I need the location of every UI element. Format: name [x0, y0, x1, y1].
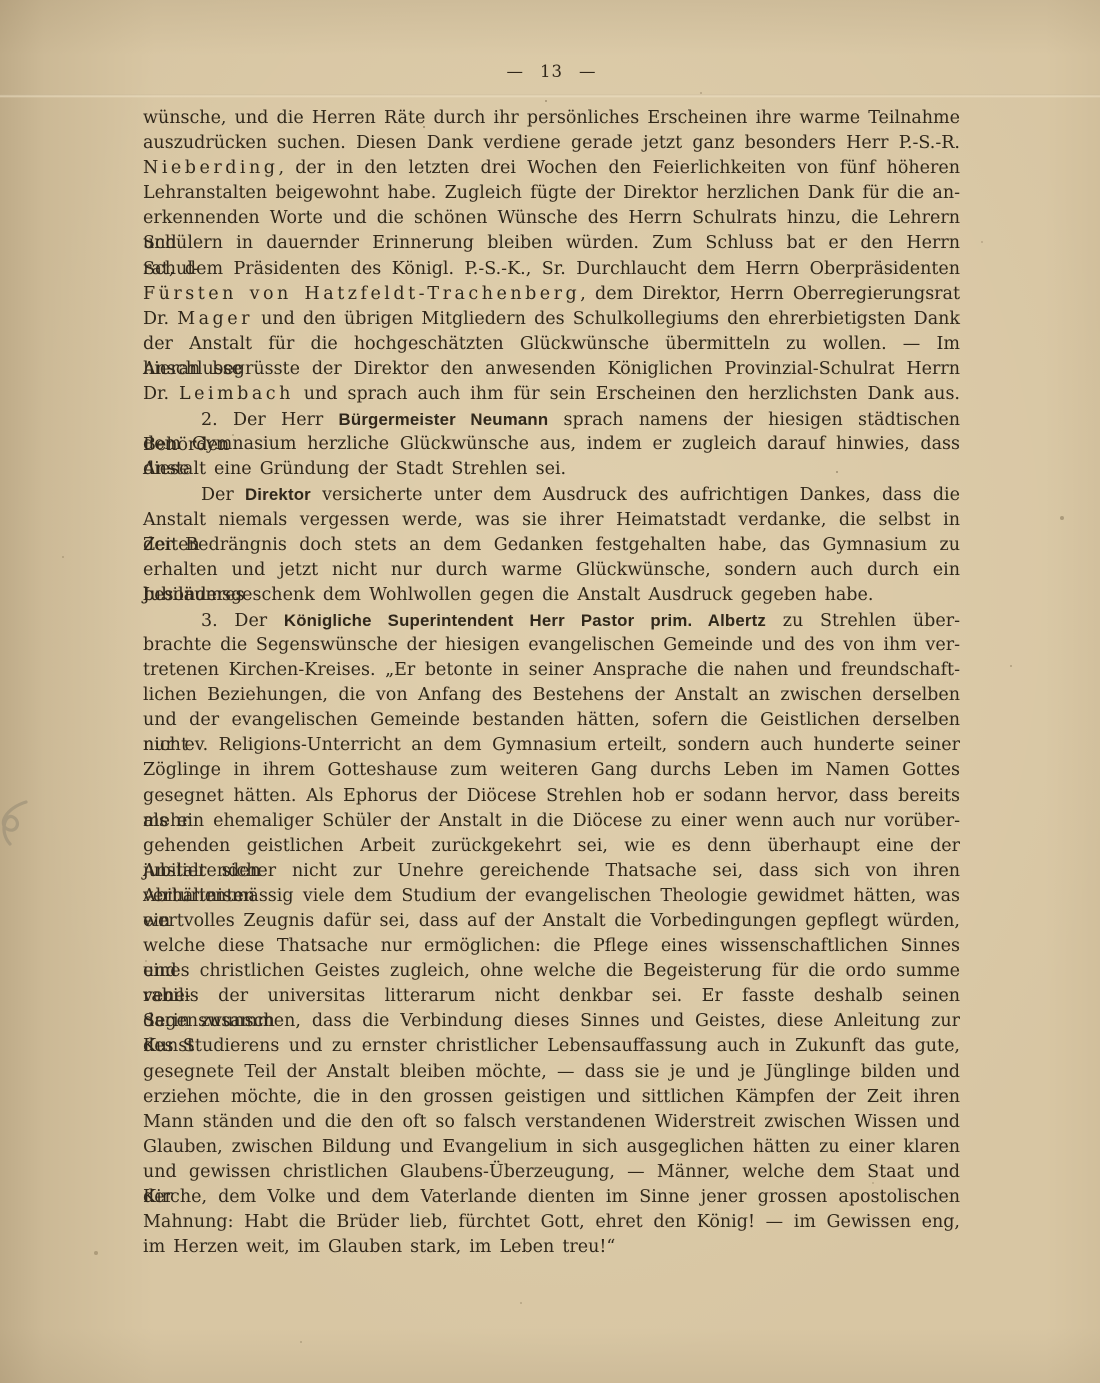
body-text-segment: Mahnung: Habt die Brüder lieb, fürchtet … — [143, 1212, 960, 1232]
bold-name-text: Direktor — [245, 485, 311, 504]
text-line: der Anstalt für die hochgeschätzten Glüc… — [143, 332, 960, 357]
body-text-segment: Mann ständen und die den oft so falsch v… — [143, 1112, 960, 1132]
body-text: wünsche, und die Herren Räte durch ihr p… — [143, 106, 960, 1260]
body-text-segment: zu Strehlen über- — [766, 611, 960, 631]
body-text-segment: Anstalt eine Gründung der Stadt Strehlen… — [143, 459, 566, 479]
text-line: auszudrücken suchen. Diesen Dank verdien… — [143, 131, 960, 156]
body-text-segment: gesegnete Teil der Anstalt bleiben möcht… — [143, 1062, 960, 1082]
text-line: der Bedrängnis doch stets an dem Gedanke… — [143, 533, 960, 558]
text-line: als ein ehemaliger Schüler der Anstalt i… — [143, 809, 960, 834]
body-text-segment: Zöglinge in ihrem Gotteshause zum weiter… — [143, 760, 960, 780]
page-number-dash-right: — — [579, 62, 597, 81]
body-text-segment: 2. Der Herr — [201, 410, 339, 430]
text-line: verhältnismässig viele dem Studium der e… — [143, 884, 960, 909]
body-text-segment: wünsche, und die Herren Räte durch ihr p… — [143, 108, 960, 128]
body-text-segment: der Bedrängnis doch stets an dem Gedanke… — [143, 535, 960, 555]
text-line: nur ev. Religions-Unterricht an dem Gymn… — [143, 733, 960, 758]
bold-name-text: Bürgermeister Neumann — [339, 410, 549, 429]
body-text-segment: , dem Direktor, Herrn Oberregierungsrat — [580, 284, 960, 304]
body-text-segment: nur ev. Religions-Unterricht an dem Gymn… — [143, 735, 960, 755]
letterspaced-name-text: Nieberding — [143, 158, 278, 178]
text-line: erziehen möchte, die in den grossen geis… — [143, 1085, 960, 1110]
body-text-segment: 3. Der — [201, 611, 284, 631]
text-line: Glauben, zwischen Bildung und Evangelium… — [143, 1135, 960, 1160]
text-line: Dr. Leimbach und sprach auch ihm für sei… — [143, 382, 960, 407]
text-line: erkennenden Worte und die schönen Wünsch… — [143, 206, 960, 231]
body-text-segment: des Studierens und zu ernster christlich… — [143, 1036, 960, 1056]
text-line: 2. Der Herr Bürgermeister Neumann sprach… — [143, 407, 960, 432]
body-text-segment: Jubiläumsgeschenk dem Wohlwollen gegen d… — [143, 585, 873, 605]
text-line: gehenden geistlichen Arbeit zurückgekehr… — [143, 834, 960, 859]
body-text-segment: Lehranstalten beigewohnt habe. Zugleich … — [143, 183, 960, 203]
ink-smudge-icon — [0, 796, 32, 856]
page-number: 13 — [540, 62, 563, 81]
body-text-segment: versicherte unter dem Ausdruck des aufri… — [311, 485, 960, 505]
text-line: im Herzen weit, im Glauben stark, im Leb… — [143, 1235, 960, 1260]
text-line: darin zusammen, dass die Verbindung dies… — [143, 1009, 960, 1034]
text-line: tretenen Kirchen-Kreises. „Er betonte in… — [143, 658, 960, 683]
bold-name-text: Königliche Superintendent Herr Pastor pr… — [284, 611, 766, 630]
text-line: lichen Beziehungen, die von Anfang des B… — [143, 683, 960, 708]
body-text-segment: auszudrücken suchen. Diesen Dank verdien… — [143, 133, 960, 153]
text-line: brachte die Segenswünsche der hiesigen e… — [143, 633, 960, 658]
text-line: gesegnete Teil der Anstalt bleiben möcht… — [143, 1060, 960, 1085]
text-line: Mann ständen und die den oft so falsch v… — [143, 1110, 960, 1135]
text-line: erhalten und jetzt nicht nur durch warme… — [143, 558, 960, 583]
body-text-segment: Dr. — [143, 309, 177, 329]
page-number-dash-left: — — [507, 62, 525, 81]
text-line: welche diese Thatsache nur ermöglichen: … — [143, 934, 960, 959]
text-line: wertvolles Zeugnis dafür sei, dass auf d… — [143, 909, 960, 934]
body-text-segment: als ein ehemaliger Schüler der Anstalt i… — [143, 811, 960, 831]
text-line: Zöglinge in ihrem Gotteshause zum weiter… — [143, 758, 960, 783]
body-text-segment: , der in den letzten drei Wochen den Fei… — [278, 158, 960, 178]
text-line: Anstalt niemals vergessen werde, was sie… — [143, 508, 960, 533]
body-text-segment: Dr. — [143, 384, 179, 404]
text-line: Der Direktor versicherte unter dem Ausdr… — [143, 482, 960, 507]
text-line: wünsche, und die Herren Räte durch ihr p… — [143, 106, 960, 131]
body-text-segment: Der — [201, 485, 245, 505]
text-line: Dr. Mager und den übrigen Mitgliedern de… — [143, 307, 960, 332]
body-text-segment: Kirche, dem Volke und dem Vaterlande die… — [143, 1187, 960, 1207]
text-line: Nieberding, der in den letzten drei Woch… — [143, 156, 960, 181]
text-line: dem Gymnasium herzliche Glückwünsche aus… — [143, 432, 960, 457]
text-line: Kirche, dem Volke und dem Vaterlande die… — [143, 1185, 960, 1210]
body-text-segment: und den übrigen Mitgliedern des Schulkol… — [253, 309, 960, 329]
paper-crease — [0, 94, 1100, 98]
body-text-segment: tretenen Kirchen-Kreises. „Er betonte in… — [143, 660, 960, 680]
text-line: Lehranstalten beigewohnt habe. Zugleich … — [143, 181, 960, 206]
body-text-segment: hieran begrüsste der Direktor den anwese… — [143, 359, 960, 379]
text-line: hieran begrüsste der Direktor den anwese… — [143, 357, 960, 382]
body-text-segment: brachte die Segenswünsche der hiesigen e… — [143, 635, 960, 655]
text-line: gesegnet hätten. Als Ephorus der Diöcese… — [143, 784, 960, 809]
text-line: Jubiläumsgeschenk dem Wohlwollen gegen d… — [143, 583, 960, 608]
letterspaced-name-text: Fürsten von Hatzfeldt-Trachenberg — [143, 284, 580, 304]
paper-specks — [0, 0, 2, 2]
text-line: Schülern in dauernder Erinnerung bleiben… — [143, 231, 960, 256]
text-line: 3. Der Königliche Superintendent Herr Pa… — [143, 608, 960, 633]
body-text-segment: und sprach auch ihm für sein Erscheinen … — [294, 384, 960, 404]
text-line: rat, dem Präsidenten des Königl. P.-S.-K… — [143, 257, 960, 282]
text-line: und der evangelischen Gemeinde bestanden… — [143, 708, 960, 733]
text-line: des Studierens und zu ernster christlich… — [143, 1034, 960, 1059]
text-line: rabilis der universitas litterarum nicht… — [143, 984, 960, 1009]
text-line: Anstalt sicher nicht zur Unehre gereiche… — [143, 859, 960, 884]
body-text-segment: erziehen möchte, die in den grossen geis… — [143, 1087, 960, 1107]
letterspaced-name-text: Mager — [177, 309, 253, 329]
body-text-segment: rat, dem Präsidenten des Königl. P.-S.-K… — [143, 259, 960, 279]
text-line: Fürsten von Hatzfeldt-Trachenberg, dem D… — [143, 282, 960, 307]
body-text-segment: im Herzen weit, im Glauben stark, im Leb… — [143, 1237, 615, 1257]
text-line: eines christlichen Geistes zugleich, ohn… — [143, 959, 960, 984]
letterspaced-name-text: Leimbach — [179, 384, 294, 404]
text-line: Anstalt eine Gründung der Stadt Strehlen… — [143, 457, 960, 482]
text-line: Mahnung: Habt die Brüder lieb, fürchtet … — [143, 1210, 960, 1235]
body-text-segment: Glauben, zwischen Bildung und Evangelium… — [143, 1137, 960, 1157]
body-text-segment: wertvolles Zeugnis dafür sei, dass auf d… — [143, 911, 960, 931]
text-line: und gewissen christlichen Glaubens-Überz… — [143, 1160, 960, 1185]
body-text-segment: lichen Beziehungen, die von Anfang des B… — [143, 685, 960, 705]
page-header: —13— — [143, 62, 960, 81]
